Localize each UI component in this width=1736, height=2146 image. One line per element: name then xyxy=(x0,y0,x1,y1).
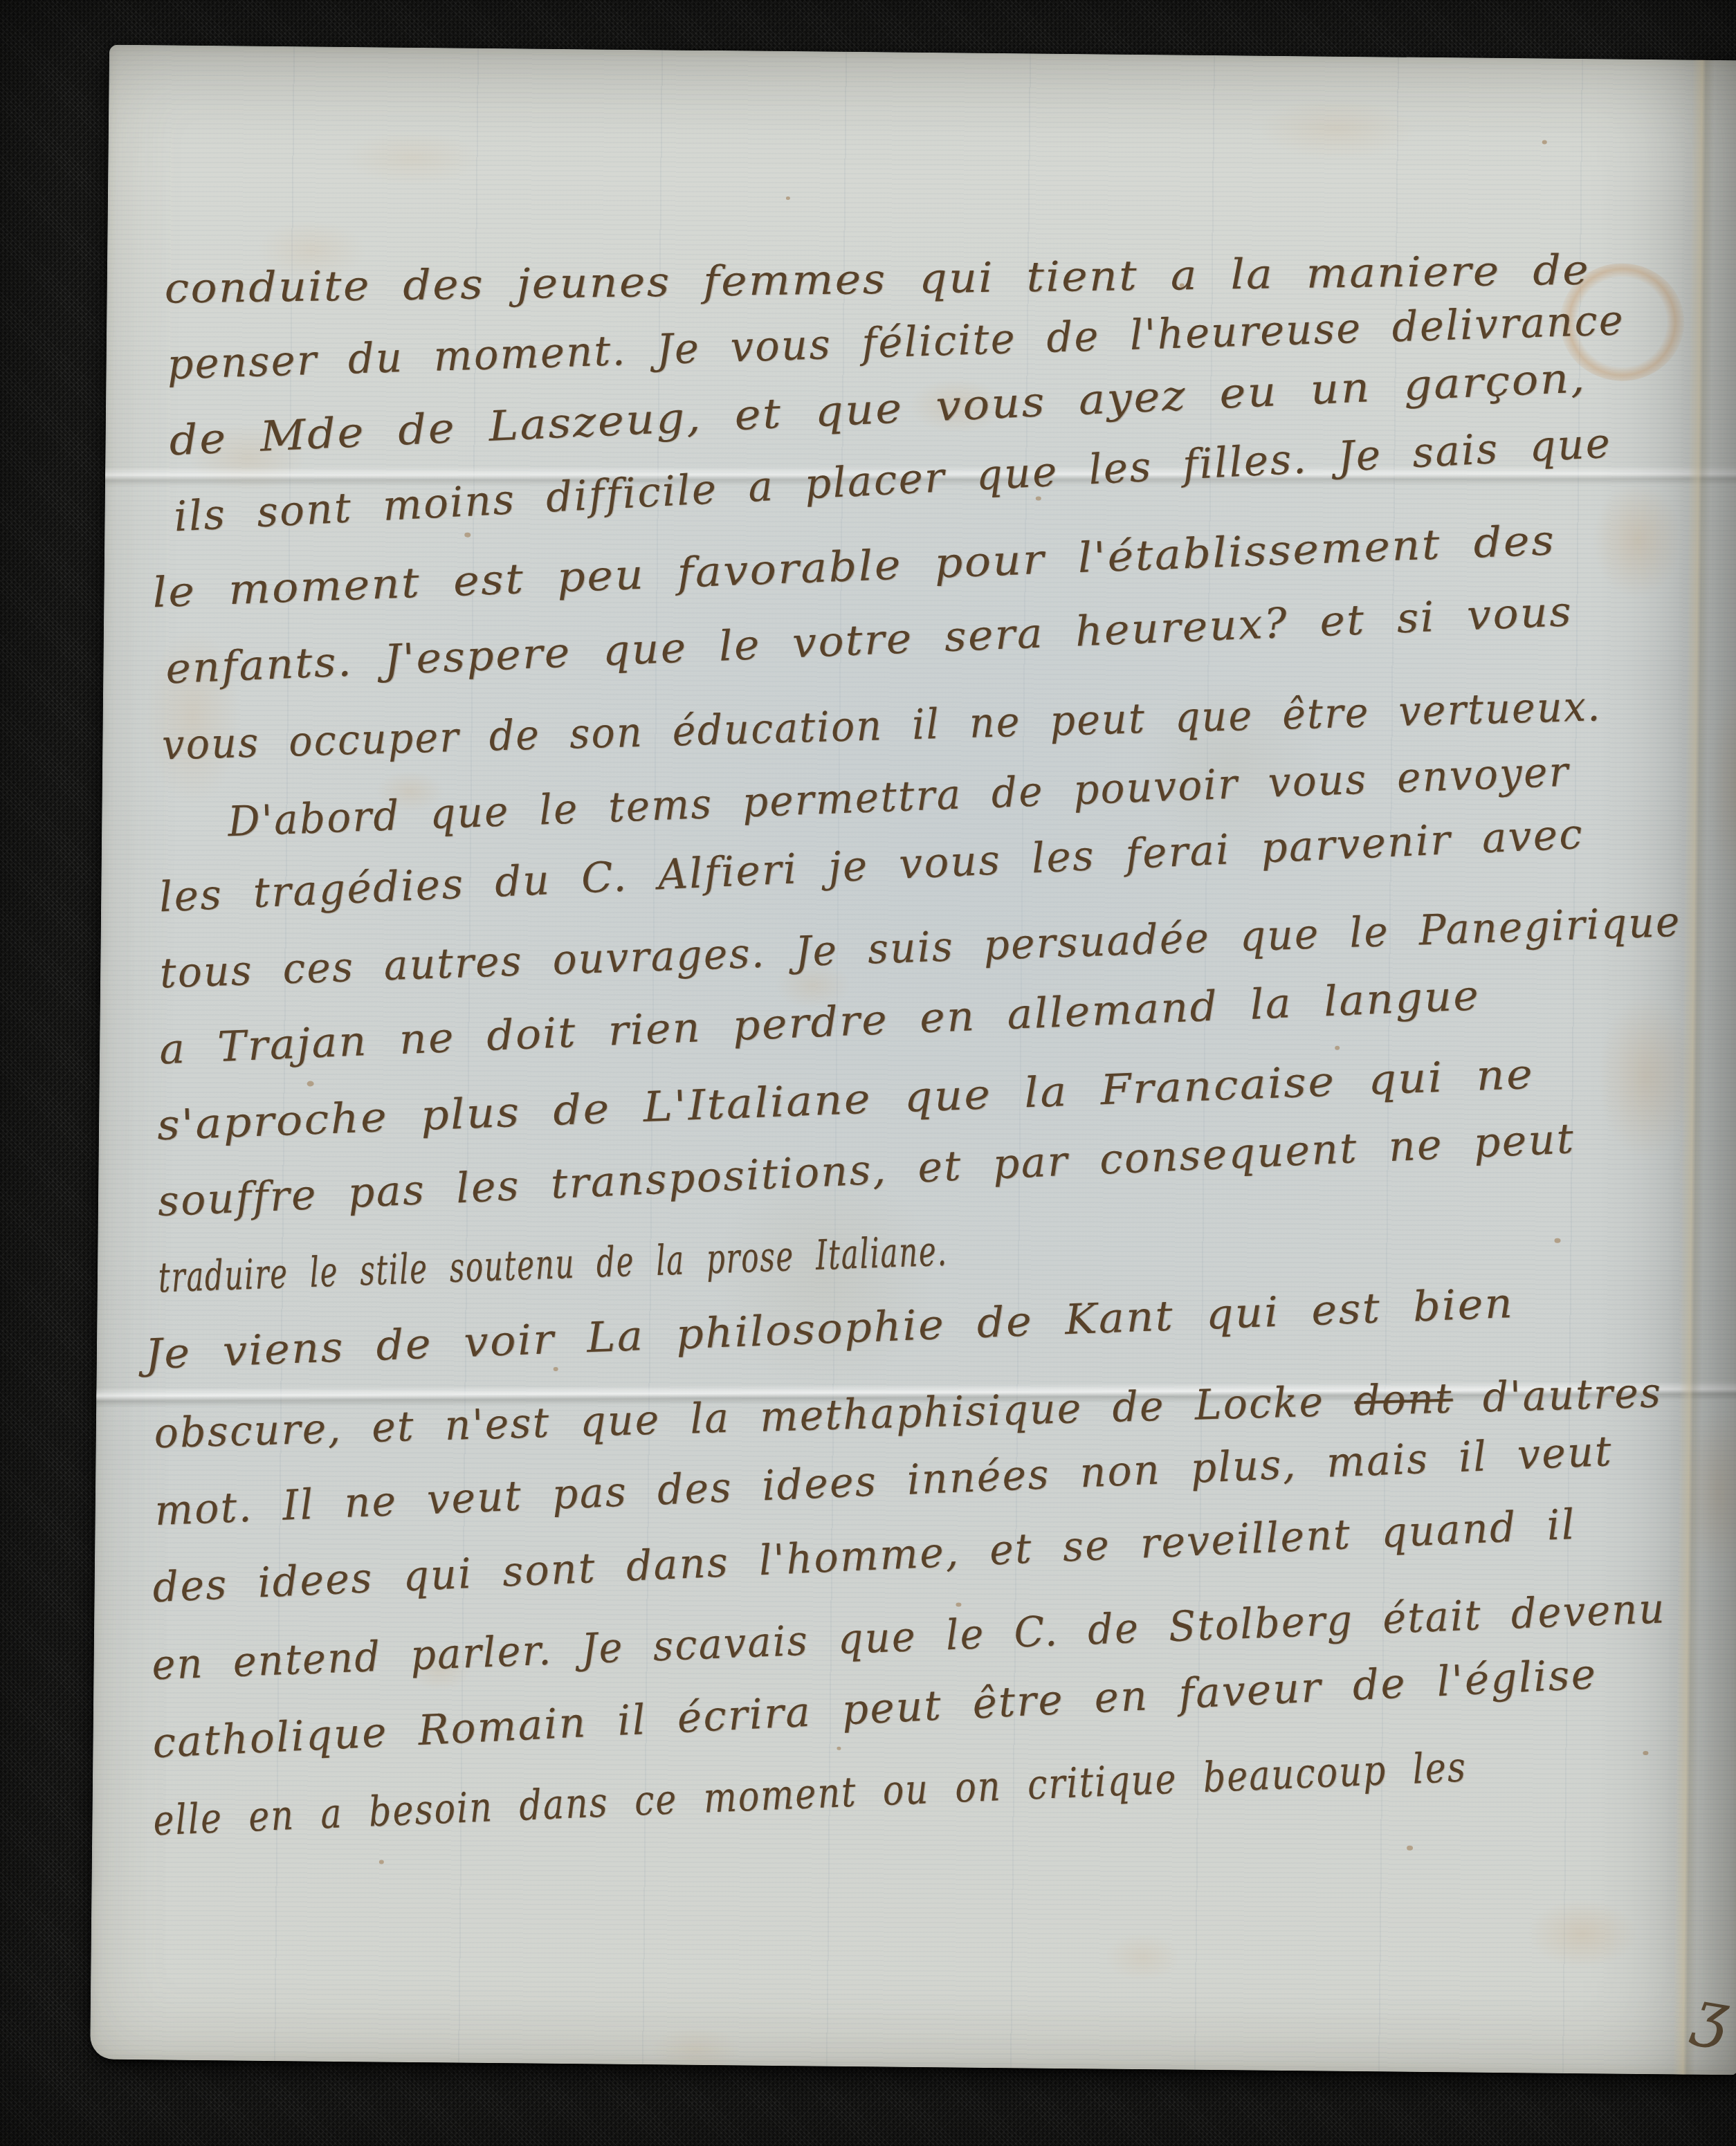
paper-stain xyxy=(1706,683,1736,891)
foxing-speck xyxy=(786,196,790,200)
foxing-speck xyxy=(1643,1751,1648,1755)
foxing-speck xyxy=(554,1367,558,1371)
foxing-speck xyxy=(379,1860,384,1864)
letter-line-text: d'autres xyxy=(1452,1368,1663,1422)
paper-stain xyxy=(343,130,482,187)
foxing-speck xyxy=(837,1747,841,1750)
paper-stain xyxy=(1526,1898,1638,1969)
foxing-speck xyxy=(464,533,470,538)
foxing-speck xyxy=(1407,1846,1413,1851)
paper-stain xyxy=(1591,481,1683,599)
photo-backdrop: conduite des jeunes femmes qui tient a l… xyxy=(0,0,1736,2146)
foxing-speck xyxy=(956,1602,961,1606)
paper-stain xyxy=(1104,1933,1181,1982)
foxing-speck xyxy=(1555,1238,1561,1243)
letter-page: conduite des jeunes femmes qui tient a l… xyxy=(90,45,1736,2075)
paper-stain xyxy=(650,2025,741,2074)
foxing-speck xyxy=(1542,140,1547,145)
paper-stain xyxy=(1257,98,1417,161)
foxing-speck xyxy=(1335,1046,1340,1050)
foxing-speck xyxy=(1036,497,1041,501)
foxing-speck xyxy=(307,1081,314,1086)
letter-line: conduite des jeunes femmes qui tient a l… xyxy=(164,246,1590,313)
paper-stain xyxy=(1597,993,1695,1159)
struck-word: dont xyxy=(1353,1375,1453,1426)
